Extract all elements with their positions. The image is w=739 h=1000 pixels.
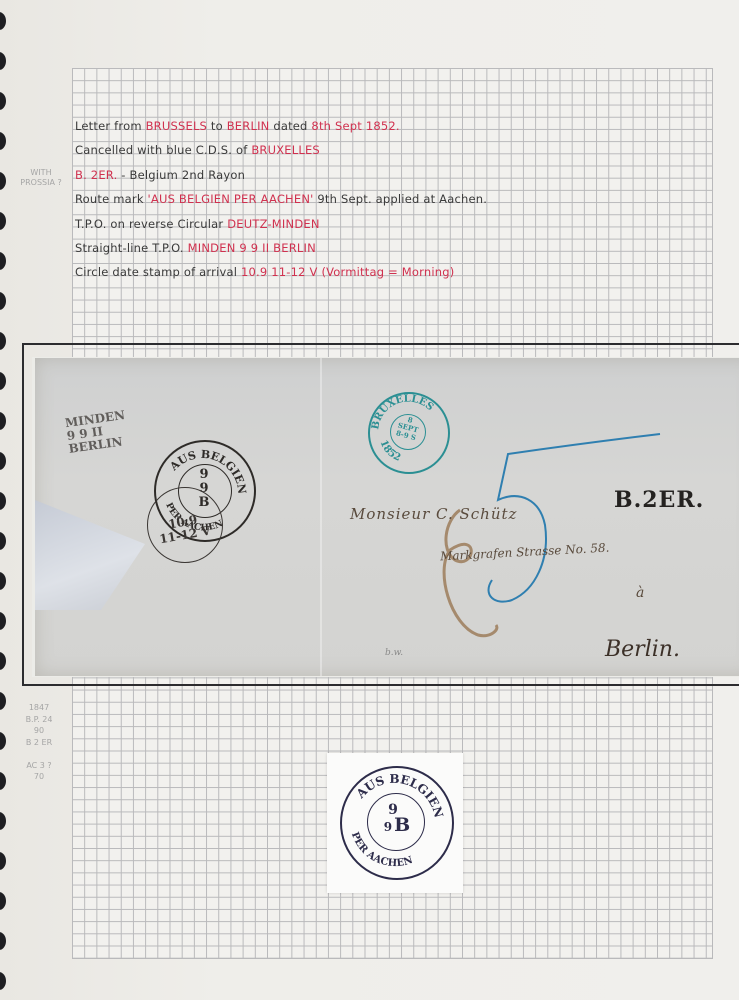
route-mark-detail-card: AUS BELGIEN PER AACHEN 9 9B bbox=[327, 753, 463, 893]
note-text: T.P.O. on reverse Circular bbox=[75, 217, 227, 231]
note-highlight: 'AUS BELGIEN PER AACHEN' bbox=[148, 192, 314, 206]
pencil-line: B.P. 24 bbox=[10, 714, 68, 726]
binder-hole bbox=[0, 212, 6, 230]
note-highlight: BRUSSELS bbox=[146, 119, 207, 133]
pencil-note-top: WITHPROSSIA ? bbox=[16, 168, 66, 188]
arrival-date: 10.9 11-12 V bbox=[152, 511, 216, 547]
description-notes: Letter from BRUSSELS to BERLIN dated 8th… bbox=[75, 117, 635, 288]
binder-hole bbox=[0, 612, 6, 630]
note-line: Letter from BRUSSELS to BERLIN dated 8th… bbox=[75, 117, 635, 141]
rate-markings bbox=[420, 430, 670, 640]
binder-hole bbox=[0, 932, 6, 950]
note-line: Route mark 'AUS BELGIEN PER AACHEN' 9th … bbox=[75, 190, 635, 214]
binder-hole bbox=[0, 572, 6, 590]
note-line: T.P.O. on reverse Circular DEUTZ-MINDEN bbox=[75, 215, 635, 239]
note-text: 9th Sept. applied at Aachen. bbox=[314, 192, 488, 206]
note-text: Cancelled with blue C.D.S. of bbox=[75, 143, 251, 157]
binder-hole bbox=[0, 52, 6, 70]
pencil-line: 1847 bbox=[10, 702, 68, 714]
binder-hole bbox=[0, 532, 6, 550]
address-line-3: à bbox=[636, 585, 644, 601]
album-page: Letter from BRUSSELS to BERLIN dated 8th… bbox=[0, 0, 739, 1000]
tpo-straight-line-stamp: MINDEN9 9 IIBERLIN bbox=[64, 409, 130, 475]
note-line: Cancelled with blue C.D.S. of BRUXELLES bbox=[75, 141, 635, 165]
binder-hole bbox=[0, 692, 6, 710]
pencil-line: 70 bbox=[10, 771, 68, 783]
binder-holes bbox=[0, 0, 8, 1000]
binder-hole bbox=[0, 332, 6, 350]
note-text: - Belgium 2nd Rayon bbox=[117, 168, 245, 182]
note-highlight: MINDEN 9 9 II BERLIN bbox=[188, 241, 316, 255]
note-text: Straight-line T.P.O. bbox=[75, 241, 188, 255]
note-line: Straight-line T.P.O. MINDEN 9 9 II BERLI… bbox=[75, 239, 635, 263]
note-highlight: B. 2ER. bbox=[75, 168, 117, 182]
note-text: to bbox=[207, 119, 227, 133]
binder-hole bbox=[0, 252, 6, 270]
binder-hole bbox=[0, 972, 6, 990]
pencil-line: AC 3 ? bbox=[10, 760, 68, 772]
binder-hole bbox=[0, 772, 6, 790]
binder-hole bbox=[0, 732, 6, 750]
binder-hole bbox=[0, 852, 6, 870]
note-highlight: 10.9 11-12 V (Vormittag = Morning) bbox=[241, 265, 454, 279]
cover-fold bbox=[320, 358, 322, 676]
pencil-line: PROSSIA ? bbox=[16, 178, 66, 188]
brown-rate-2 bbox=[444, 510, 497, 636]
route-mark-enlarged: AUS BELGIEN PER AACHEN 9 9B bbox=[340, 766, 454, 880]
note-text: Route mark bbox=[75, 192, 148, 206]
binder-hole bbox=[0, 812, 6, 830]
pencil-line: B 2 ER bbox=[10, 737, 68, 749]
binder-hole bbox=[0, 172, 6, 190]
note-highlight: 8th Sept 1852. bbox=[311, 119, 399, 133]
note-text: dated bbox=[269, 119, 311, 133]
binder-hole bbox=[0, 452, 6, 470]
note-highlight: BERLIN bbox=[227, 119, 270, 133]
binder-hole bbox=[0, 372, 6, 390]
pencil-line: 90 bbox=[10, 725, 68, 737]
address-line-1: Monsieur C. Schütz bbox=[350, 505, 517, 523]
note-line: B. 2ER. - Belgium 2nd Rayon bbox=[75, 166, 635, 190]
binder-hole bbox=[0, 12, 6, 30]
binder-hole bbox=[0, 292, 6, 310]
note-highlight: BRUXELLES bbox=[251, 143, 320, 157]
note-highlight: DEUTZ-MINDEN bbox=[227, 217, 319, 231]
detail-date: 9 9B bbox=[378, 803, 416, 835]
binder-hole bbox=[0, 412, 6, 430]
pencil-mark: b.w. bbox=[385, 648, 403, 658]
binder-hole bbox=[0, 492, 6, 510]
address-city: Berlin. bbox=[605, 637, 680, 662]
note-text: Circle date stamp of arrival bbox=[75, 265, 241, 279]
pencil-note-bottom: 1847B.P. 2490B 2 ER AC 3 ?70 bbox=[10, 702, 68, 783]
binder-hole bbox=[0, 892, 6, 910]
binder-hole bbox=[0, 652, 6, 670]
arrival-cds: 10.9 11-12 V bbox=[147, 487, 223, 563]
pencil-line bbox=[10, 748, 68, 760]
pencil-line: WITH bbox=[16, 168, 66, 178]
binder-hole bbox=[0, 92, 6, 110]
note-text: Letter from bbox=[75, 119, 146, 133]
binder-hole bbox=[0, 132, 6, 150]
note-line: Circle date stamp of arrival 10.9 11-12 … bbox=[75, 263, 635, 287]
